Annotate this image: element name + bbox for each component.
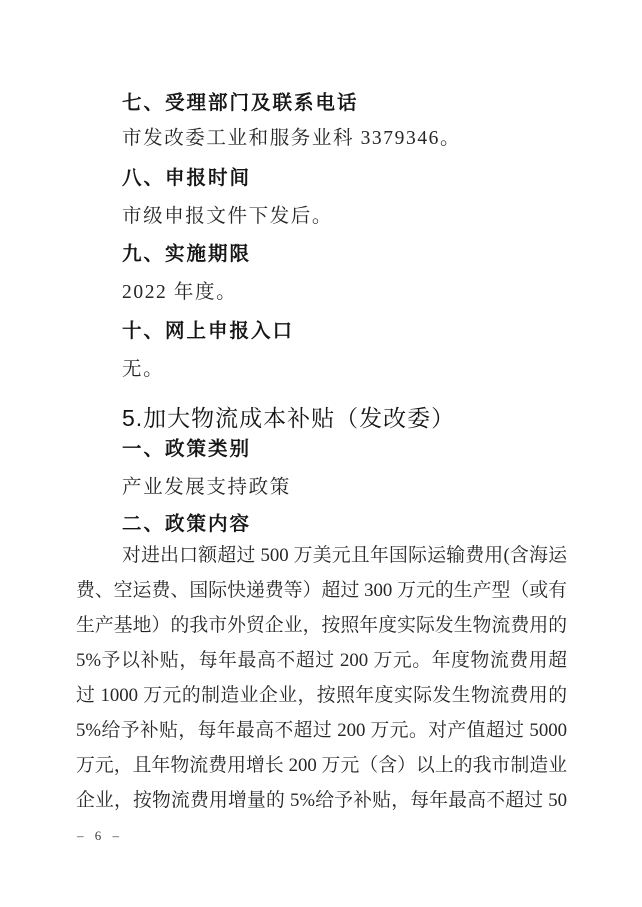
policy-content-line: 万元，且年物流费用增长 200 万元（含）以上的我市制造业 <box>76 755 567 778</box>
page-number: – 6 – <box>77 828 123 844</box>
section-body-accept-dept: 市发改委工业和服务业科 3379346。 <box>122 127 461 150</box>
policy-category-body: 产业发展支持政策 <box>122 476 291 499</box>
section-heading-online-portal: 十、网上申报入口 <box>122 320 294 343</box>
policy-category-heading: 一、政策类别 <box>122 438 251 461</box>
section-body-period: 2022 年度。 <box>122 281 237 304</box>
policy-content-line: 对进出口额超过 500 万美元且年国际运输费用(含海运 <box>76 545 567 568</box>
policy-content-heading: 二、政策内容 <box>122 513 251 536</box>
document-page: 七、受理部门及联系电话 市发改委工业和服务业科 3379346。 八、申报时间 … <box>0 0 642 907</box>
section-heading-apply-time: 八、申报时间 <box>122 167 251 190</box>
section-body-apply-time: 市级申报文件下发后。 <box>122 205 333 228</box>
policy-content-line: 企业，按物流费用增量的 5%给予补贴，每年最高不超过 50 <box>76 790 567 813</box>
policy-content-line: 生产基地）的我市外贸企业，按照年度实际发生物流费用的 <box>76 615 567 638</box>
policy-content-line: 5%予以补贴，每年最高不超过 200 万元。年度物流费用超 <box>76 650 567 673</box>
section-body-online-portal: 无。 <box>122 358 164 381</box>
policy-content-line: 过 1000 万元的制造业企业，按照年度实际发生物流费用的 <box>76 685 567 708</box>
policy-content-line: 费、空运费、国际快递费等）超过 300 万元的生产型（或有 <box>76 580 567 603</box>
policy-section-title: 5.加大物流成本补贴（发改委） <box>122 400 455 433</box>
section-heading-accept-dept: 七、受理部门及联系电话 <box>122 92 359 115</box>
policy-content-line: 5%给予补贴，每年最高不超过 200 万元。对产值超过 5000 <box>76 720 567 743</box>
section-heading-period: 九、实施期限 <box>122 243 251 266</box>
